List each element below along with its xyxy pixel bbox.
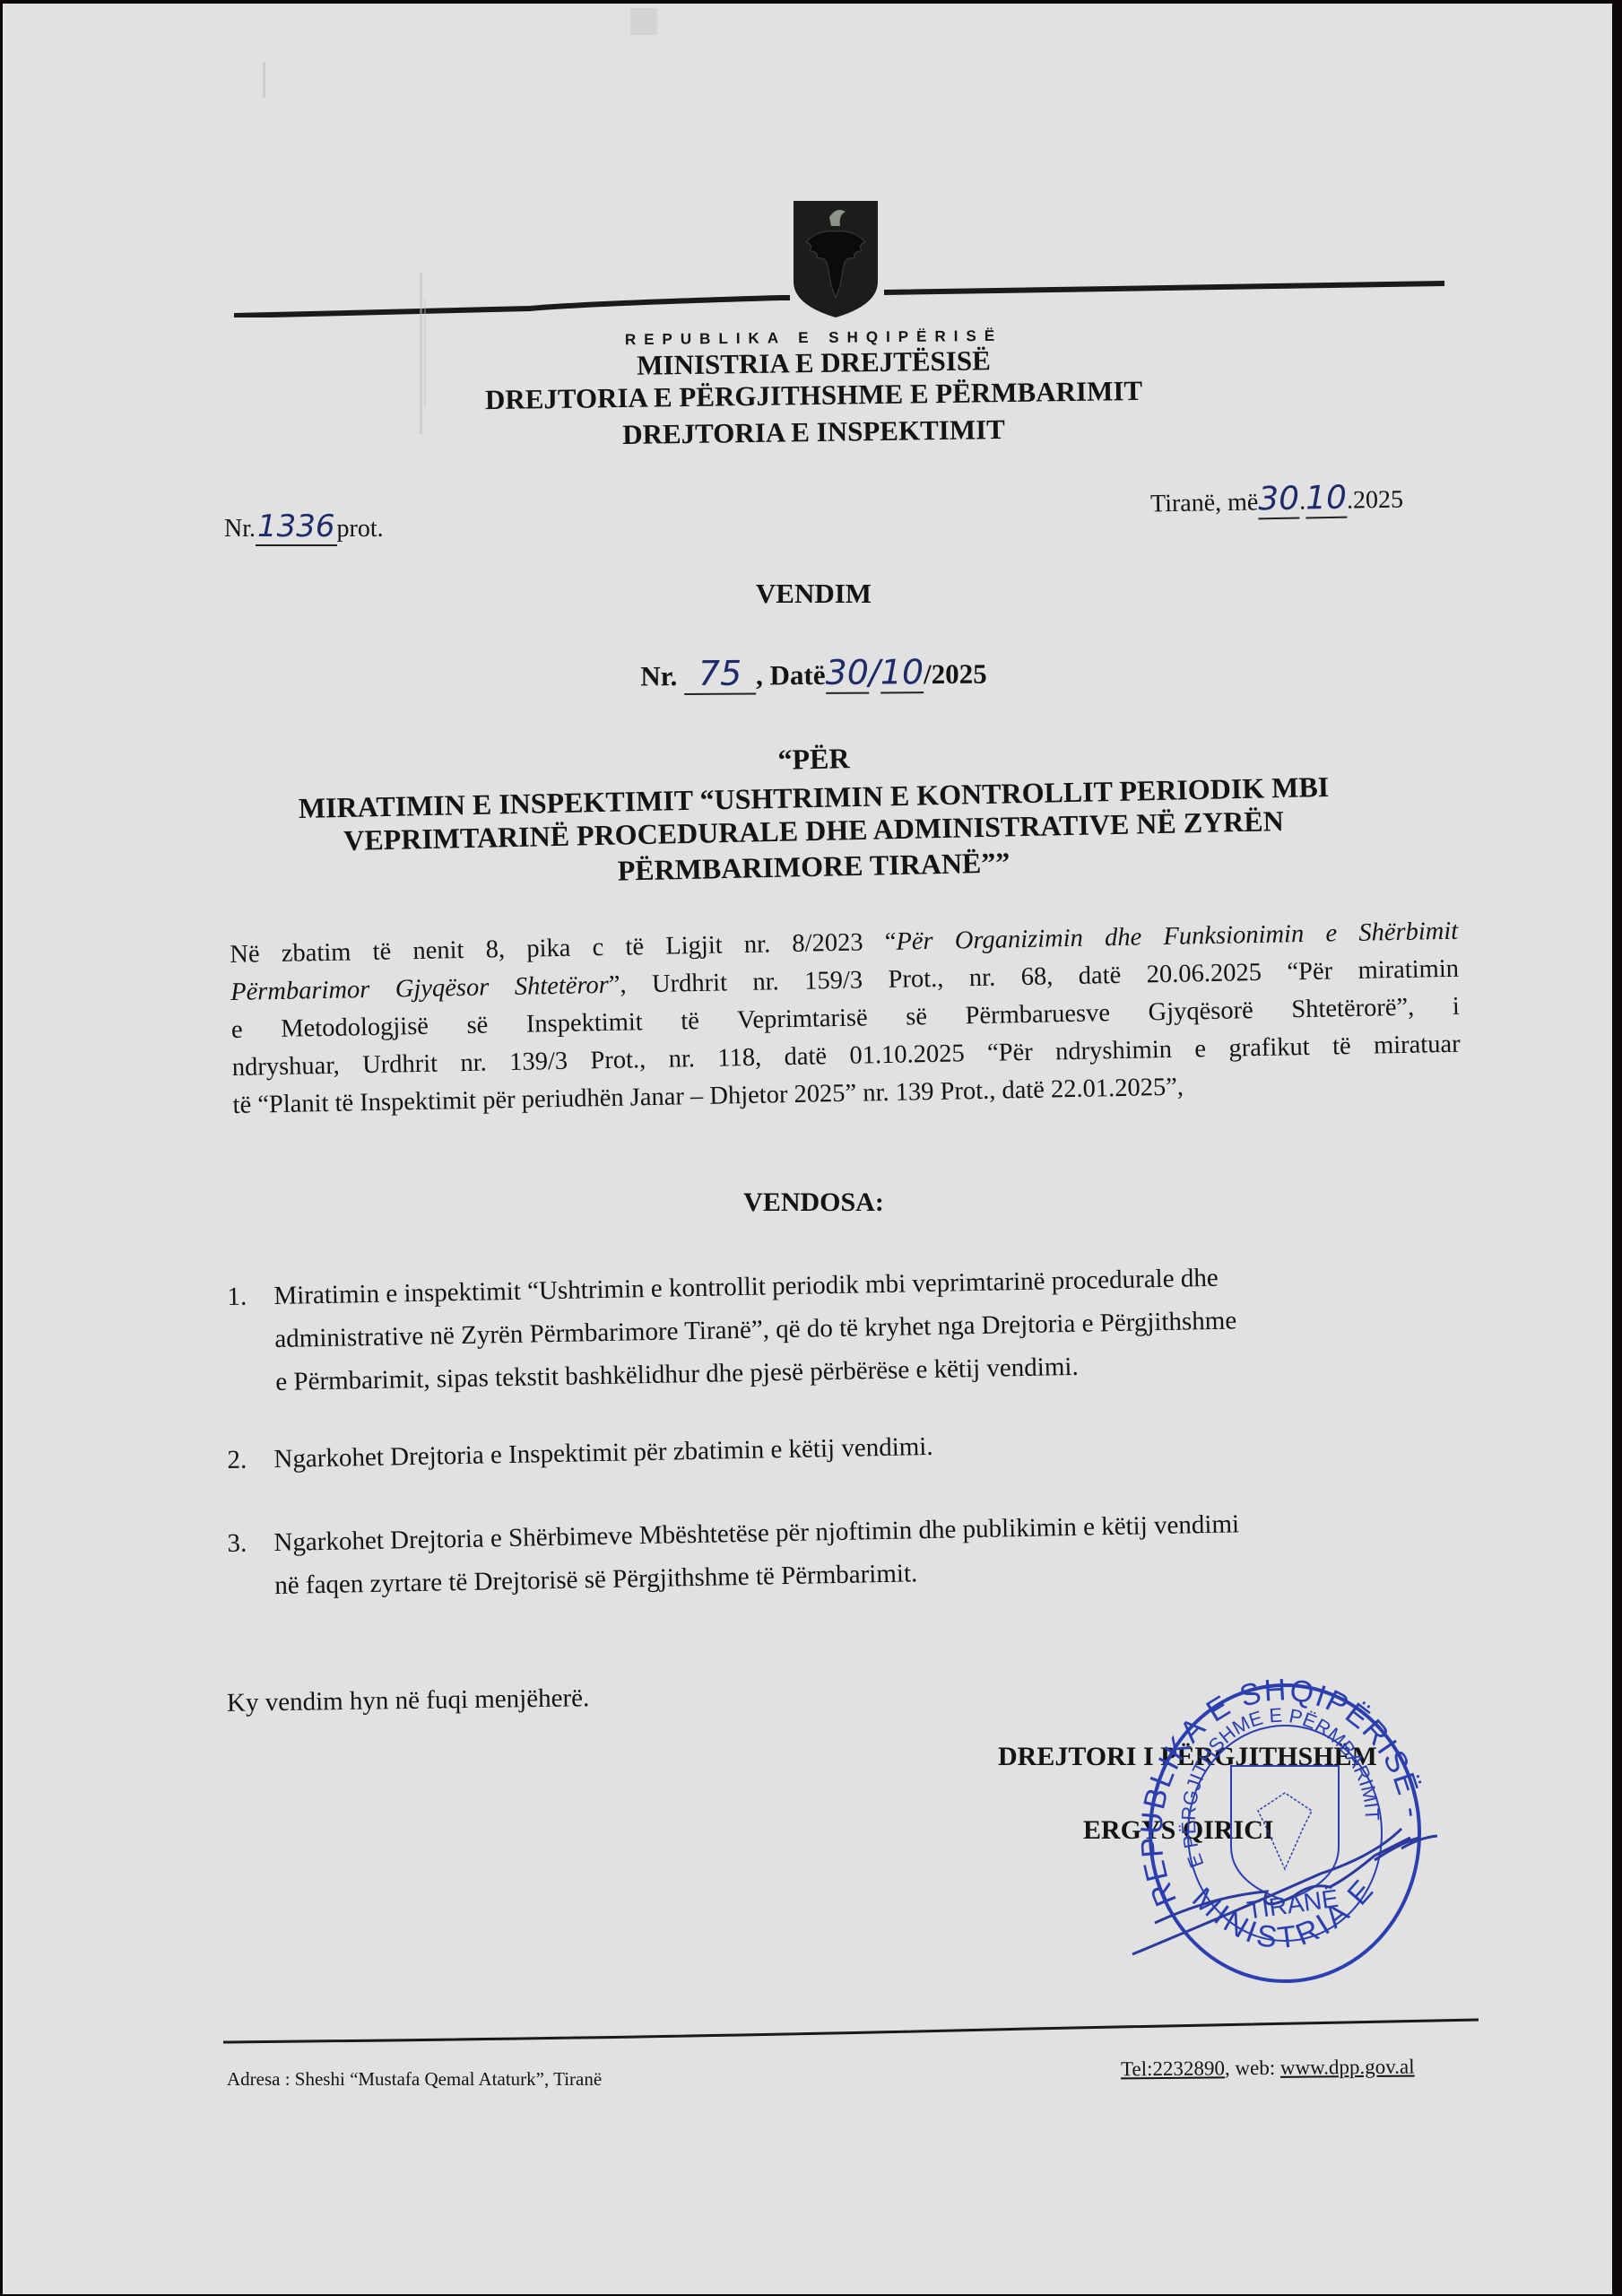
item-line: Ngarkohet Drejtoria e Inspektimit për zb…: [273, 1415, 1462, 1481]
decision-date-label: , Datë: [756, 659, 826, 691]
footer-address: Adresa : Sheshi “Mustafa Qemal Ataturk”,…: [227, 2068, 602, 2091]
footer-website-link[interactable]: www.dpp.gov.al: [1280, 2056, 1415, 2079]
protocol-number: Nr.1336prot.: [224, 509, 384, 546]
date-month: 10: [1305, 480, 1348, 519]
decision-item: 2. Ngarkohet Drejtoria e Inspektimit për…: [227, 1415, 1464, 1439]
decides-heading: VENDOSA:: [3, 1187, 1622, 1218]
law-title-italic: Përmbarimor Gjyqësor Shtetëror: [230, 971, 609, 1006]
decision-date-sep: /: [869, 652, 880, 691]
place-and-date: Tiranë, më30.10.2025: [1150, 479, 1404, 522]
decision-year: /2025: [924, 658, 987, 690]
footer-contact: Tel:2232890, web: www.dpp.gov.al: [1121, 2056, 1415, 2082]
official-stamp-icon: REPUBLIKA E SHQIPËRISË - E PËRGJITHSHME …: [1106, 1676, 1455, 1990]
footer-rule: [223, 2013, 1479, 2048]
document-page: REPUBLIKA E SHQIPËRISË MINISTRIA E DREJT…: [3, 4, 1612, 2294]
decision-item: 3. Ngarkohet Drejtoria e Shërbimeve Mbës…: [227, 1499, 1464, 1522]
effective-statement: Ky vendim hyn në fuqi menjëherë.: [227, 1683, 590, 1718]
footer-separator: , web:: [1225, 2057, 1280, 2080]
date-day: 30: [1258, 481, 1300, 520]
decision-item: 1. Miratimin e inspektimit “Ushtrimin e …: [227, 1252, 1464, 1275]
decision-number-date: Nr. 75, Datë30/10/2025: [3, 648, 1622, 700]
decision-heading: VENDIM: [3, 578, 1622, 610]
item-number: 1.: [227, 1275, 247, 1318]
svg-text:REPUBLIKA E SHQIPËRISË -: REPUBLIKA E SHQIPËRISË -: [1134, 1676, 1429, 1911]
law-title-italic: Për Organizimin dhe Funksionimin e Shërb…: [896, 918, 1458, 956]
item-number: 2.: [227, 1439, 247, 1482]
protocol-prefix: Nr.: [224, 515, 256, 543]
preamble-paragraph: Në zbatim të nenit 8, pika c të Ligjit n…: [230, 913, 1462, 1125]
date-year: .2025: [1347, 486, 1404, 515]
protocol-suffix: prot.: [337, 515, 384, 543]
protocol-number-value: 1336: [256, 509, 337, 546]
decision-number: 75: [684, 653, 756, 695]
footer-phone: Tel:2232890: [1121, 2057, 1225, 2080]
decision-nr-label: Nr.: [640, 660, 677, 691]
decision-month: 10: [880, 652, 924, 693]
item-number: 3.: [227, 1522, 247, 1565]
decision-day: 30: [825, 653, 869, 694]
place-prefix: Tiranë, më: [1150, 488, 1259, 517]
albanian-coat-of-arms-icon: [790, 199, 881, 319]
